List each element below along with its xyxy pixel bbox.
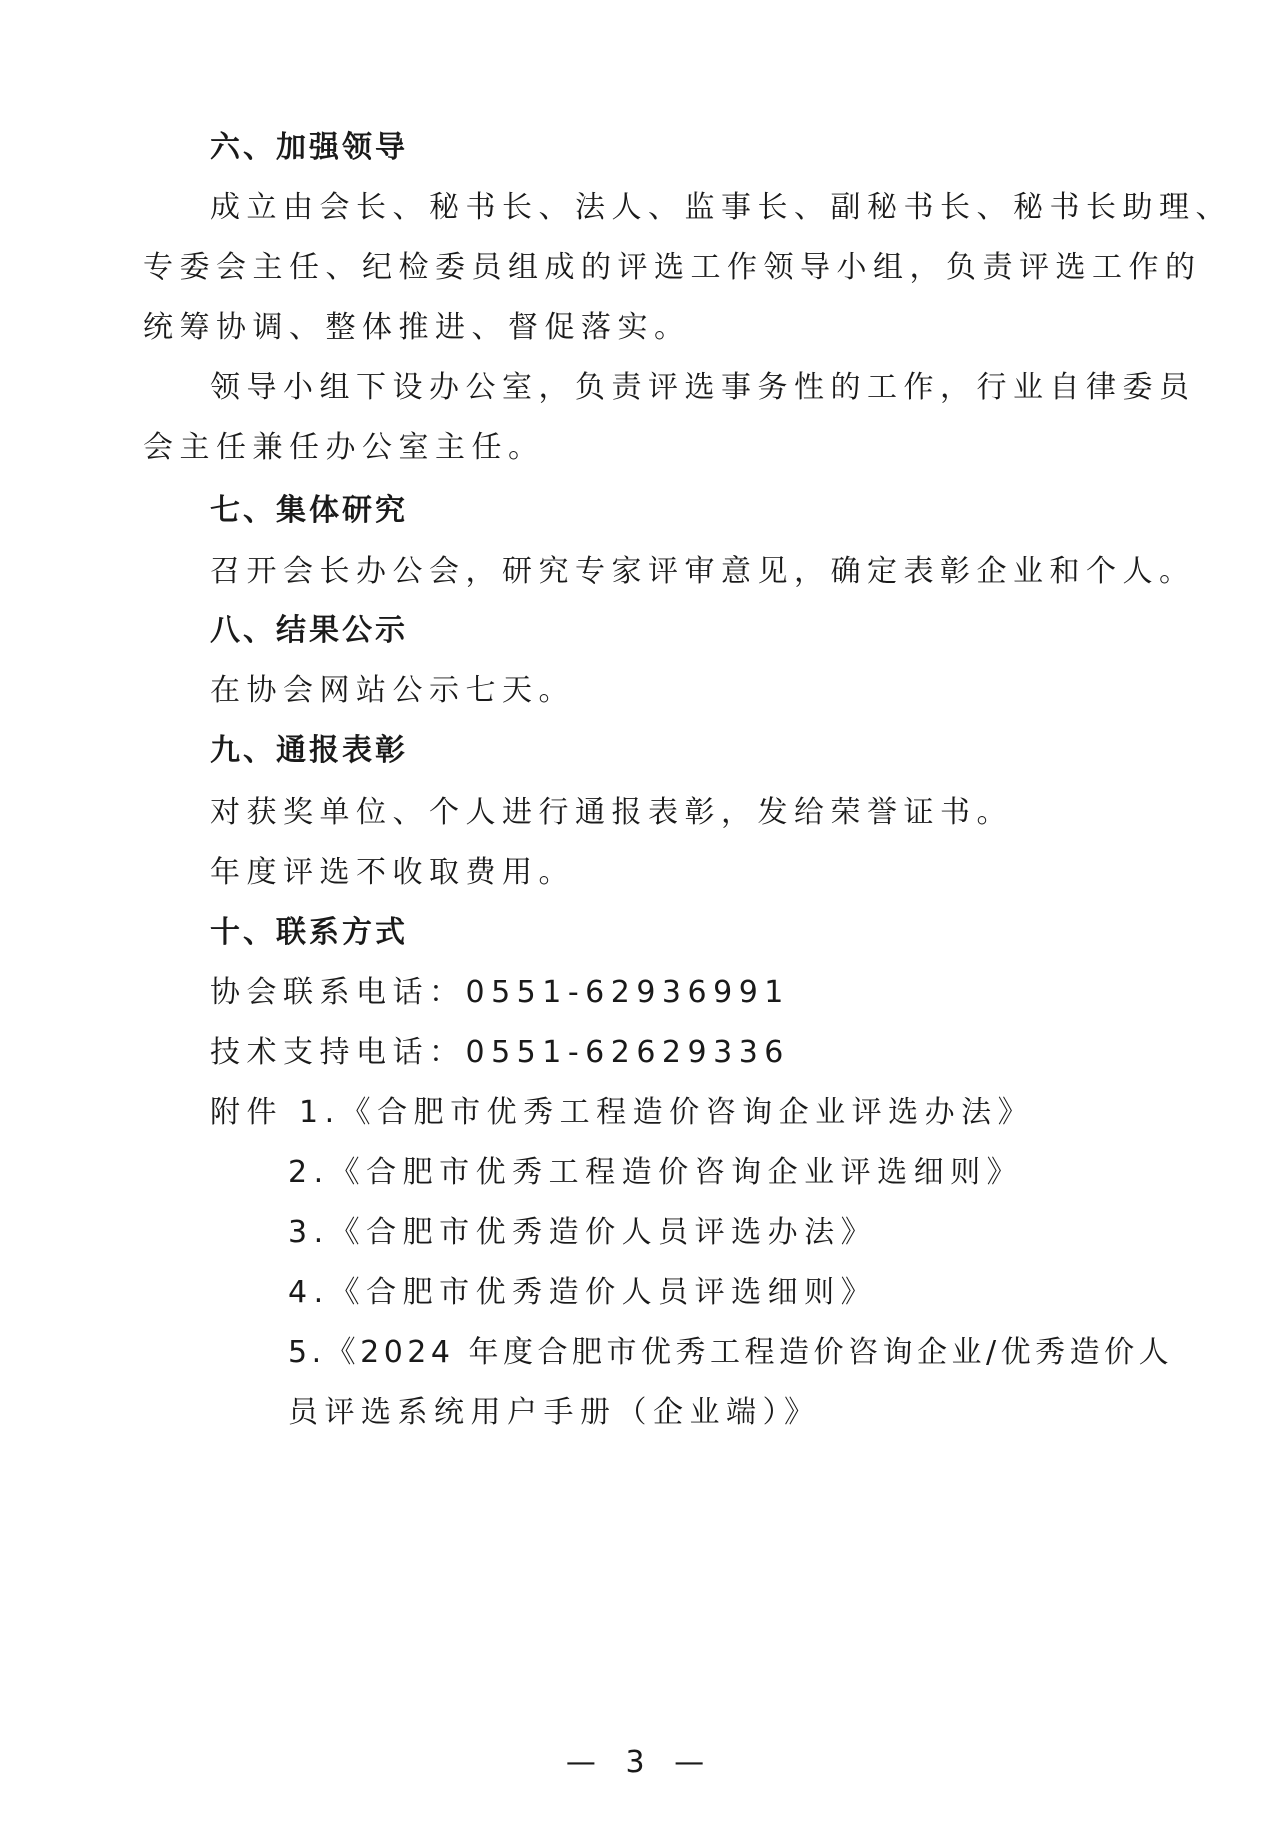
attachment-2: 2.《合肥市优秀工程造价咨询企业评选细则》 (288, 1155, 1023, 1191)
section-6-para1-line3: 统筹协调、整体推进、督促落实。 (143, 310, 691, 346)
section-6-para2-line1: 领导小组下设办公室，负责评选事务性的工作，行业自律委员 (210, 370, 1196, 406)
attachment-3: 3.《合肥市优秀造价人员评选办法》 (288, 1215, 877, 1251)
page-number: — 3 — (0, 1745, 1280, 1781)
section-6-para2-line2: 会主任兼任办公室主任。 (143, 430, 545, 466)
section-9-para2: 年度评选不收取费用。 (210, 855, 575, 891)
attachment-5-line1: 5.《2024 年度合肥市优秀工程造价咨询企业/优秀造价人 (288, 1335, 1173, 1371)
tech-support-phone: 技术支持电话：0551-62629336 (210, 1035, 790, 1071)
attachment-5-line2: 员评选系统用户手册（企业端）》 (288, 1395, 821, 1431)
section-6-para1-line1: 成立由会长、秘书长、法人、监事长、副秘书长、秘书长助理、 (210, 190, 1232, 226)
section-8-heading: 八、结果公示 (210, 613, 408, 649)
section-6-para1-line2: 专委会主任、纪检委员组成的评选工作领导小组，负责评选工作的 (143, 250, 1202, 286)
association-phone: 协会联系电话：0551-62936991 (210, 975, 790, 1011)
attachment-1: 附件 1.《合肥市优秀工程造价咨询企业评选办法》 (210, 1095, 1034, 1131)
section-7-para: 召开会长办公会，研究专家评审意见，确定表彰企业和个人。 (210, 554, 1196, 590)
section-10-heading: 十、联系方式 (210, 915, 408, 951)
attachment-4: 4.《合肥市优秀造价人员评选细则》 (288, 1275, 877, 1311)
section-6-heading: 六、加强领导 (210, 130, 408, 166)
section-9-para1: 对获奖单位、个人进行通报表彰，发给荣誉证书。 (210, 795, 1013, 831)
section-8-para: 在协会网站公示七天。 (210, 673, 575, 709)
section-7-heading: 七、集体研究 (210, 493, 408, 529)
section-9-heading: 九、通报表彰 (210, 733, 408, 769)
